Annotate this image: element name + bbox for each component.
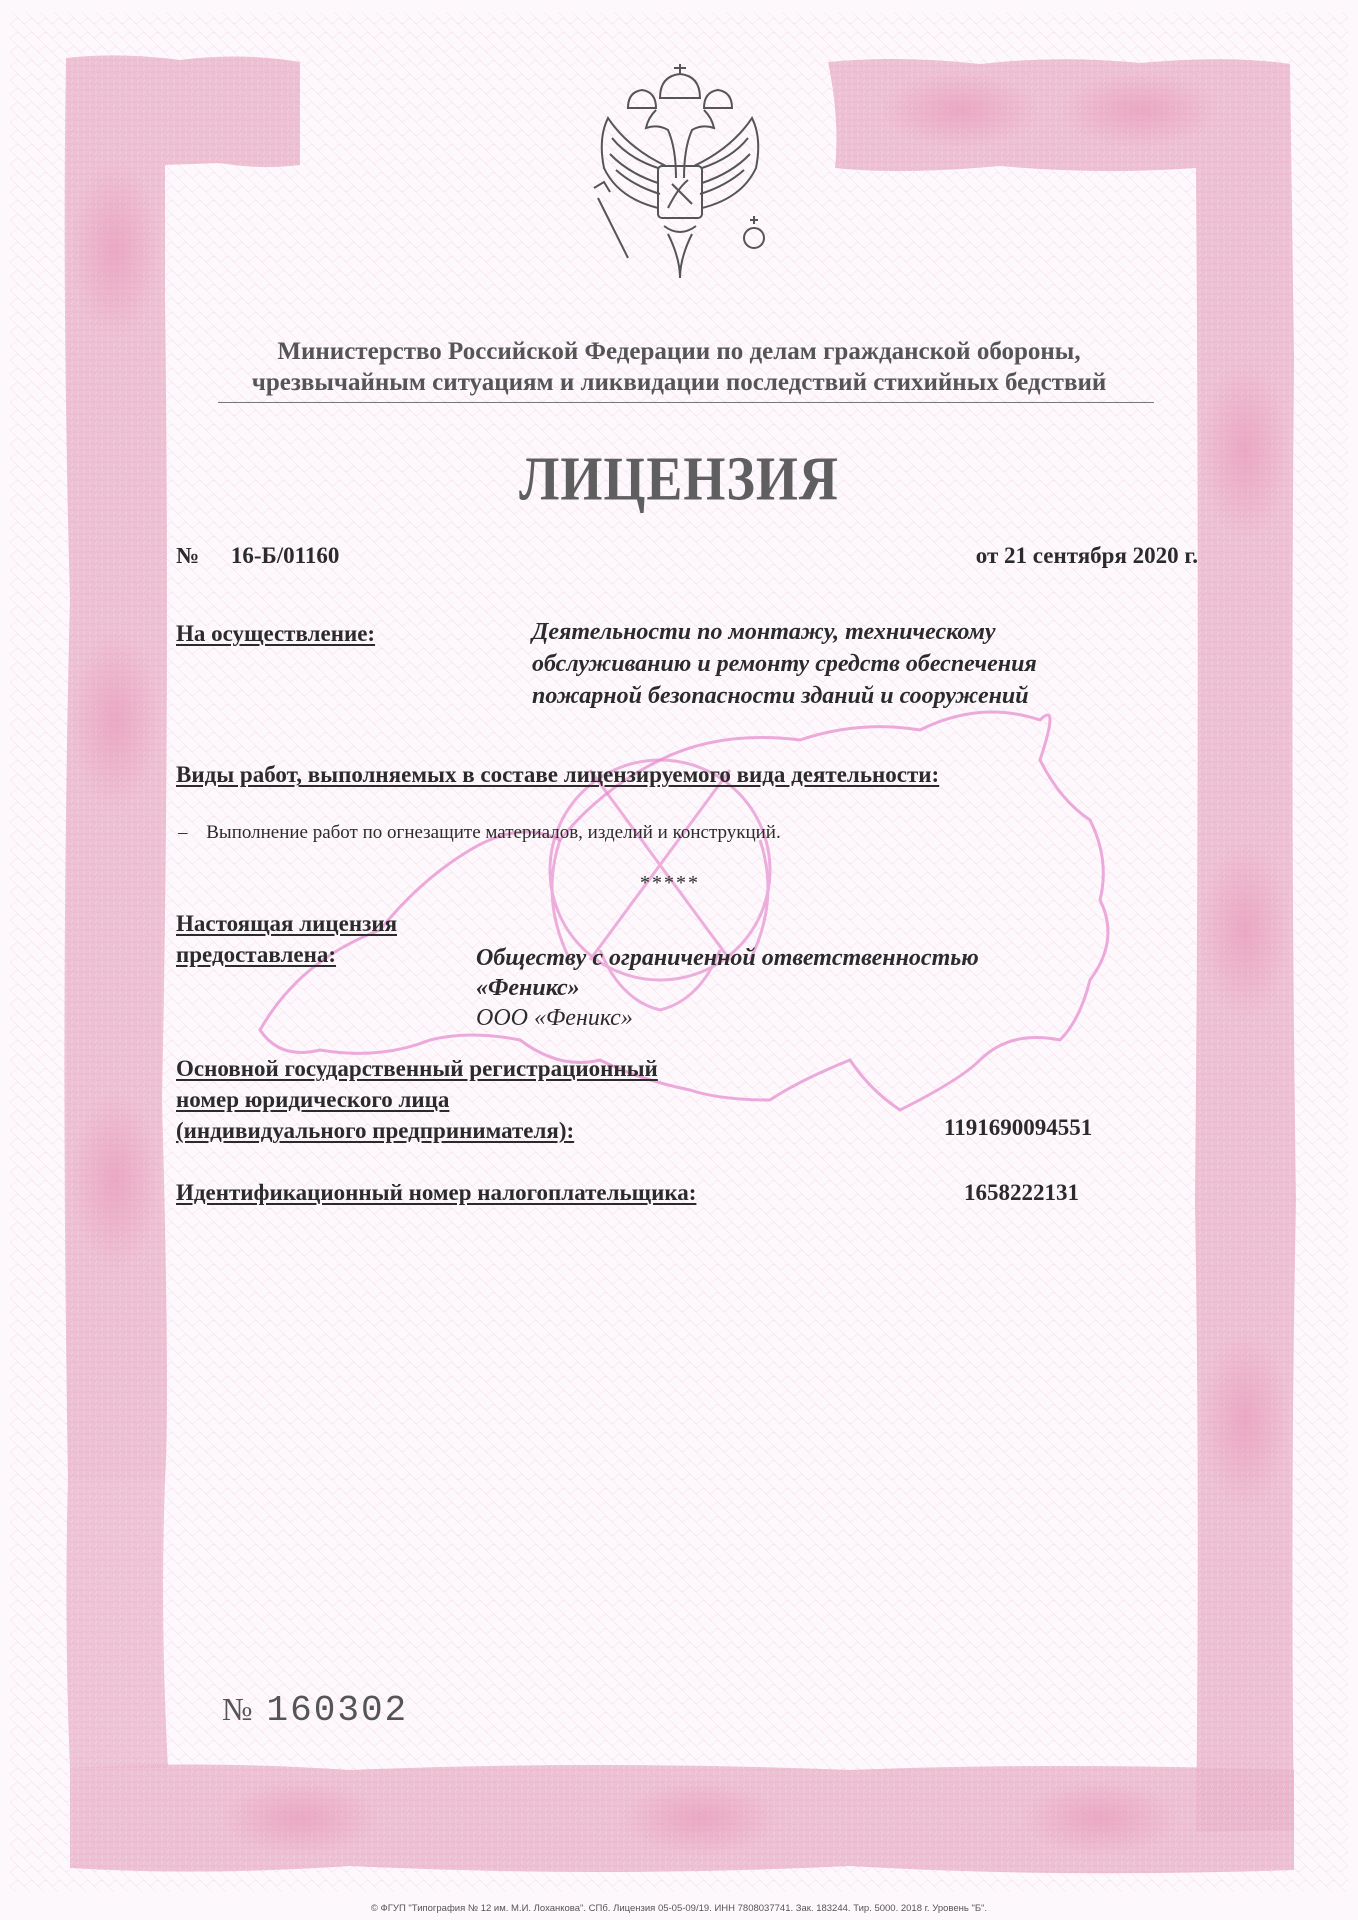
inn-label: Идентификационный номер налогоплательщик… <box>176 1180 696 1206</box>
separator-stars: ***** <box>640 872 700 895</box>
licensee-short-name: ООО «Феникс» <box>476 1003 979 1033</box>
activity-line: обслуживанию и ремонту средств обеспечен… <box>532 648 1037 680</box>
work-types-label: Виды работ, выполняемых в составе лиценз… <box>176 762 939 788</box>
ogrn-label: Основной государственный регистрационный… <box>176 1053 658 1146</box>
serial-number: 160302 <box>267 1690 409 1731</box>
licensee-full-name: Обществу с ограниченной ответственностью <box>476 943 979 973</box>
serial-number-sign: № <box>222 1691 255 1727</box>
granted-label-line: Настоящая лицензия <box>176 908 397 939</box>
ogrn-label-line: Основной государственный регистрационный <box>176 1053 658 1084</box>
licensee-full-name-cont: «Феникс» <box>476 973 979 1003</box>
ogrn-value: 1191690094551 <box>944 1115 1092 1141</box>
document-title: ЛИЦЕНЗИЯ <box>0 443 1358 514</box>
ministry-header: Министерство Российской Федерации по дел… <box>0 336 1358 398</box>
coat-of-arms-icon <box>568 58 792 284</box>
printer-footer: © ФГУП "Типография № 12 им. М.И. Лоханко… <box>0 1903 1358 1914</box>
granted-label-line: предоставлена: <box>176 939 397 970</box>
work-type-text: Выполнение работ по огнезащите материало… <box>206 822 780 843</box>
granted-label: Настоящая лицензия предоставлена: <box>176 908 397 970</box>
blank-serial-number: №160302 <box>222 1690 408 1731</box>
ogrn-label-line: (индивидуального предпринимателя): <box>176 1115 658 1146</box>
ministry-line-2: чрезвычайным ситуациям и ликвидации посл… <box>0 367 1358 398</box>
inn-value: 1658222131 <box>964 1180 1079 1206</box>
ministry-line-1: Министерство Российской Федерации по дел… <box>0 336 1358 367</box>
license-number: 16-Б/01160 <box>231 543 340 568</box>
licensee: Обществу с ограниченной ответственностью… <box>476 943 979 1033</box>
activity-line: пожарной безопасности зданий и сооружени… <box>532 680 1037 712</box>
work-type-item: – Выполнение работ по огнезащите материа… <box>178 822 781 844</box>
bullet: – <box>178 822 188 843</box>
activity-line: Деятельности по монтажу, техническому <box>532 616 1037 648</box>
number-sign: № <box>176 543 199 568</box>
activity-label: На осуществление: <box>176 621 375 647</box>
license-number-row: № 16-Б/01160 <box>176 543 339 569</box>
ministry-divider <box>218 402 1154 403</box>
activity-description: Деятельности по монтажу, техническому об… <box>532 616 1037 712</box>
license-date: от 21 сентября 2020 г. <box>976 543 1198 569</box>
ogrn-label-line: номер юридического лица <box>176 1084 658 1115</box>
